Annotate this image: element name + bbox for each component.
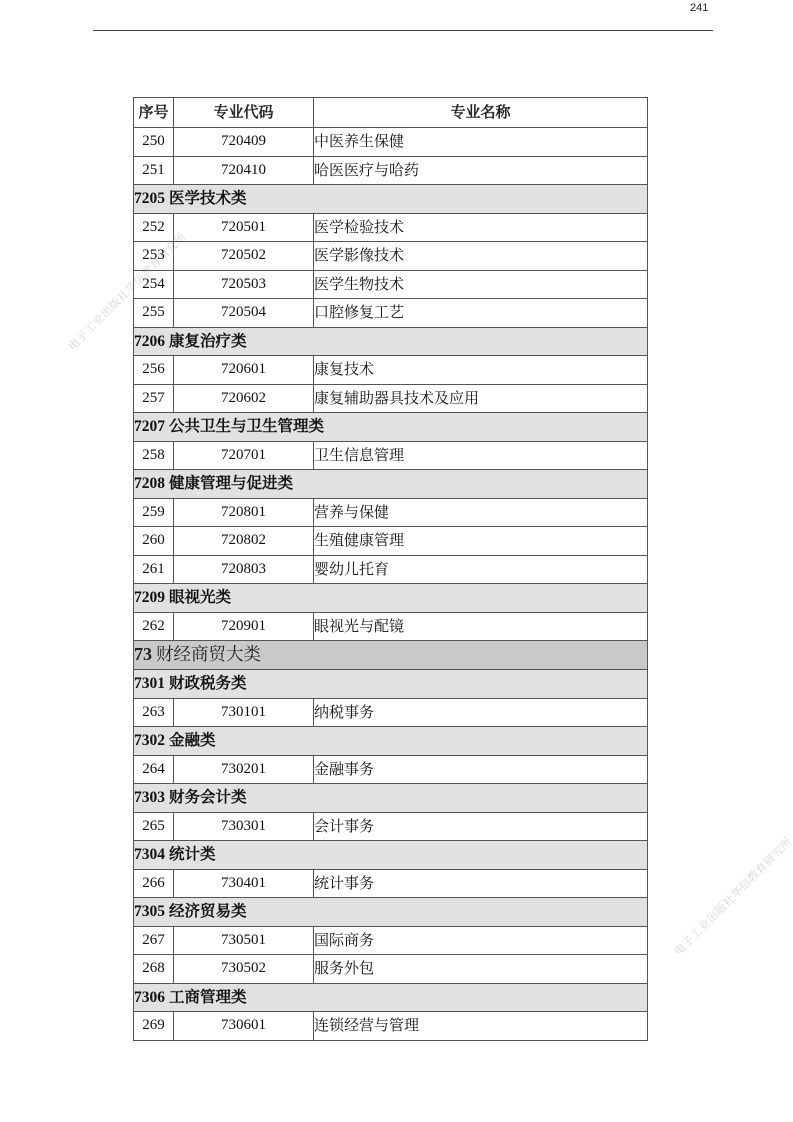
table-row: 257720602康复辅助器具技术及应用 xyxy=(134,384,648,413)
table-row: 266730401统计事务 xyxy=(134,869,648,898)
category-cell: 7209眼视光类 xyxy=(134,584,648,613)
category-name: 公共卫生与卫生管理类 xyxy=(169,417,324,435)
name-cell: 婴幼儿托育 xyxy=(314,555,648,584)
table-row: 268730502服务外包 xyxy=(134,955,648,984)
category-code: 7301 xyxy=(134,675,165,692)
table-row: 250720409中医养生保健 xyxy=(134,128,648,157)
seq-cell: 259 xyxy=(134,498,174,527)
seq-cell: 256 xyxy=(134,356,174,385)
code-cell: 720501 xyxy=(174,213,314,242)
category-code: 7305 xyxy=(134,903,165,920)
name-cell: 营养与保健 xyxy=(314,498,648,527)
subcategory-row: 7301财政税务类 xyxy=(134,670,648,699)
category-cell: 7303财务会计类 xyxy=(134,784,648,813)
seq-cell: 261 xyxy=(134,555,174,584)
code-cell: 720409 xyxy=(174,128,314,157)
subcategory-row: 7305经济贸易类 xyxy=(134,898,648,927)
header-code: 专业代码 xyxy=(174,98,314,128)
seq-cell: 255 xyxy=(134,299,174,328)
seq-cell: 254 xyxy=(134,270,174,299)
name-cell: 会计事务 xyxy=(314,812,648,841)
category-name: 康复治疗类 xyxy=(169,332,247,350)
header-name: 专业名称 xyxy=(314,98,648,128)
table-row: 260720802生殖健康管理 xyxy=(134,527,648,556)
subcategory-row: 7304统计类 xyxy=(134,841,648,870)
table-row: 251720410哈医医疗与哈药 xyxy=(134,156,648,185)
subcategory-row: 7205医学技术类 xyxy=(134,185,648,214)
seq-cell: 264 xyxy=(134,755,174,784)
category-cell: 7306工商管理类 xyxy=(134,983,648,1012)
subcategory-row: 7206康复治疗类 xyxy=(134,327,648,356)
subcategory-row: 7207公共卫生与卫生管理类 xyxy=(134,413,648,442)
seq-cell: 250 xyxy=(134,128,174,157)
table-row: 262720901眼视光与配镜 xyxy=(134,612,648,641)
name-cell: 医学影像技术 xyxy=(314,242,648,271)
category-cell: 7301财政税务类 xyxy=(134,670,648,699)
seq-cell: 258 xyxy=(134,441,174,470)
code-cell: 730201 xyxy=(174,755,314,784)
category-code: 7304 xyxy=(134,846,165,863)
category-code: 7303 xyxy=(134,789,165,806)
category-cell: 7207公共卫生与卫生管理类 xyxy=(134,413,648,442)
name-cell: 国际商务 xyxy=(314,926,648,955)
category-name: 健康管理与促进类 xyxy=(169,474,293,492)
seq-cell: 267 xyxy=(134,926,174,955)
seq-cell: 252 xyxy=(134,213,174,242)
category-code: 7208 xyxy=(134,475,165,492)
header-seq: 序号 xyxy=(134,98,174,128)
category-cell: 7205医学技术类 xyxy=(134,185,648,214)
table-row: 269730601连锁经营与管理 xyxy=(134,1012,648,1041)
subcategory-row: 7303财务会计类 xyxy=(134,784,648,813)
code-cell: 730301 xyxy=(174,812,314,841)
category-code: 7207 xyxy=(134,418,165,435)
table-row: 254720503医学生物技术 xyxy=(134,270,648,299)
table-row: 265730301会计事务 xyxy=(134,812,648,841)
category-code: 7306 xyxy=(134,989,165,1006)
table-row: 252720501医学检验技术 xyxy=(134,213,648,242)
table-row: 261720803婴幼儿托育 xyxy=(134,555,648,584)
code-cell: 720602 xyxy=(174,384,314,413)
seq-cell: 269 xyxy=(134,1012,174,1041)
page-number: 241 xyxy=(690,2,708,14)
category-cell: 7305经济贸易类 xyxy=(134,898,648,927)
name-cell: 医学生物技术 xyxy=(314,270,648,299)
name-cell: 眼视光与配镜 xyxy=(314,612,648,641)
category-cell: 7304统计类 xyxy=(134,841,648,870)
category-cell: 7208健康管理与促进类 xyxy=(134,470,648,499)
code-cell: 720410 xyxy=(174,156,314,185)
category-code: 7205 xyxy=(134,190,165,207)
name-cell: 口腔修复工艺 xyxy=(314,299,648,328)
code-cell: 730501 xyxy=(174,926,314,955)
seq-cell: 265 xyxy=(134,812,174,841)
category-cell: 73财经商贸大类 xyxy=(134,641,648,670)
code-cell: 720701 xyxy=(174,441,314,470)
name-cell: 康复技术 xyxy=(314,356,648,385)
category-name: 工商管理类 xyxy=(169,988,247,1006)
code-cell: 720901 xyxy=(174,612,314,641)
category-name: 眼视光类 xyxy=(169,588,231,606)
category-name: 财经商贸大类 xyxy=(156,645,261,665)
name-cell: 生殖健康管理 xyxy=(314,527,648,556)
code-cell: 730502 xyxy=(174,955,314,984)
seq-cell: 262 xyxy=(134,612,174,641)
seq-cell: 257 xyxy=(134,384,174,413)
table-header-row: 序号 专业代码 专业名称 xyxy=(134,98,648,128)
category-name: 金融类 xyxy=(169,731,216,749)
category-cell: 7302金融类 xyxy=(134,727,648,756)
code-cell: 720601 xyxy=(174,356,314,385)
category-cell: 7206康复治疗类 xyxy=(134,327,648,356)
seq-cell: 266 xyxy=(134,869,174,898)
seq-cell: 253 xyxy=(134,242,174,271)
category-code: 7206 xyxy=(134,333,165,350)
table-row: 263730101纳税事务 xyxy=(134,698,648,727)
seq-cell: 263 xyxy=(134,698,174,727)
code-cell: 720503 xyxy=(174,270,314,299)
category-code: 7302 xyxy=(134,732,165,749)
name-cell: 统计事务 xyxy=(314,869,648,898)
table-body: 250720409中医养生保健251720410哈医医疗与哈药7205医学技术类… xyxy=(134,128,648,1041)
code-cell: 720504 xyxy=(174,299,314,328)
name-cell: 卫生信息管理 xyxy=(314,441,648,470)
name-cell: 纳税事务 xyxy=(314,698,648,727)
seq-cell: 260 xyxy=(134,527,174,556)
table-row: 258720701卫生信息管理 xyxy=(134,441,648,470)
seq-cell: 251 xyxy=(134,156,174,185)
name-cell: 康复辅助器具技术及应用 xyxy=(314,384,648,413)
name-cell: 中医养生保健 xyxy=(314,128,648,157)
name-cell: 医学检验技术 xyxy=(314,213,648,242)
table-row: 267730501国际商务 xyxy=(134,926,648,955)
code-cell: 720502 xyxy=(174,242,314,271)
watermark: 电子工业出版社华信教育研究所 xyxy=(670,833,793,958)
name-cell: 金融事务 xyxy=(314,755,648,784)
code-cell: 720802 xyxy=(174,527,314,556)
category-name: 经济贸易类 xyxy=(169,902,247,920)
category-name: 财政税务类 xyxy=(169,674,247,692)
code-cell: 730601 xyxy=(174,1012,314,1041)
table-row: 255720504口腔修复工艺 xyxy=(134,299,648,328)
category-name: 财务会计类 xyxy=(169,788,247,806)
code-cell: 720801 xyxy=(174,498,314,527)
name-cell: 连锁经营与管理 xyxy=(314,1012,648,1041)
table-row: 259720801营养与保健 xyxy=(134,498,648,527)
category-name: 统计类 xyxy=(169,845,216,863)
category-code: 7209 xyxy=(134,589,165,606)
code-cell: 730401 xyxy=(174,869,314,898)
code-cell: 720803 xyxy=(174,555,314,584)
name-cell: 服务外包 xyxy=(314,955,648,984)
subcategory-row: 7302金融类 xyxy=(134,727,648,756)
seq-cell: 268 xyxy=(134,955,174,984)
subcategory-row: 7306工商管理类 xyxy=(134,983,648,1012)
majors-table: 序号 专业代码 专业名称 250720409中医养生保健251720410哈医医… xyxy=(133,97,648,1041)
table-row: 264730201金融事务 xyxy=(134,755,648,784)
subcategory-row: 7209眼视光类 xyxy=(134,584,648,613)
table-row: 256720601康复技术 xyxy=(134,356,648,385)
category-code: 73 xyxy=(134,644,152,664)
category-name: 医学技术类 xyxy=(169,189,247,207)
table-row: 253720502医学影像技术 xyxy=(134,242,648,271)
name-cell: 哈医医疗与哈药 xyxy=(314,156,648,185)
code-cell: 730101 xyxy=(174,698,314,727)
subcategory-row: 7208健康管理与促进类 xyxy=(134,470,648,499)
header-rule xyxy=(93,30,713,31)
major-category-row: 73财经商贸大类 xyxy=(134,641,648,670)
